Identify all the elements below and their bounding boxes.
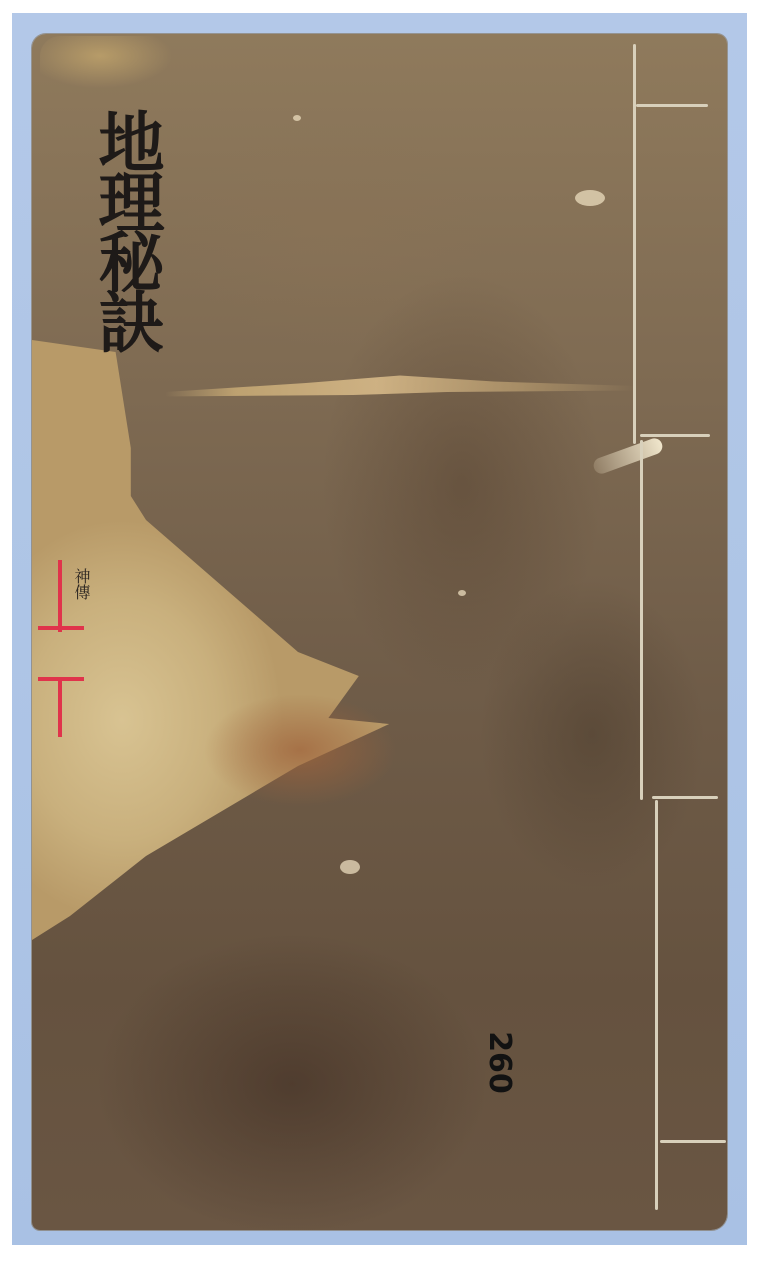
binding-thread bbox=[640, 434, 710, 437]
red-line bbox=[58, 560, 62, 632]
water-stain bbox=[170, 670, 410, 830]
worn-top-corner bbox=[40, 36, 210, 106]
speck bbox=[293, 115, 301, 121]
label-handwriting: 神傳 bbox=[70, 568, 93, 600]
binding-thread bbox=[636, 104, 708, 107]
speck bbox=[575, 190, 605, 206]
catalog-number: 260 bbox=[482, 1031, 517, 1094]
red-line bbox=[38, 626, 84, 630]
speck bbox=[458, 590, 466, 596]
binding-thread bbox=[655, 800, 658, 1210]
speck bbox=[340, 860, 360, 874]
red-line bbox=[58, 677, 62, 737]
book-title: 地理秘訣 bbox=[66, 108, 176, 348]
binding-thread bbox=[660, 1140, 726, 1143]
binding-thread bbox=[652, 796, 718, 799]
binding-thread bbox=[640, 440, 643, 800]
